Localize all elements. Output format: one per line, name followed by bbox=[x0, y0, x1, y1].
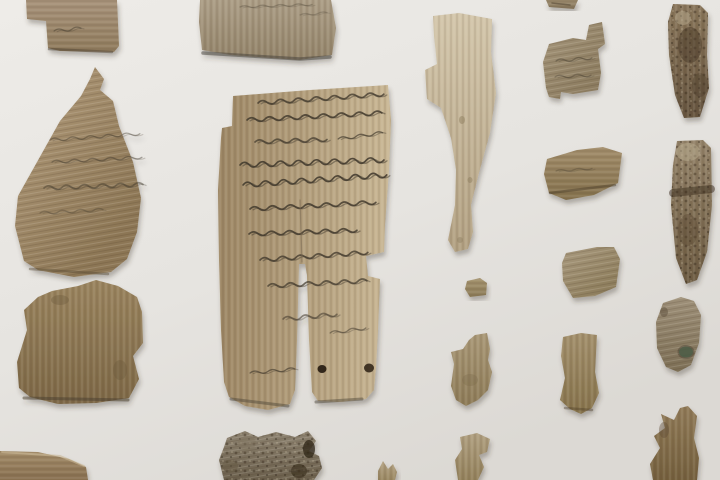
leg-fragment-patch bbox=[468, 177, 473, 183]
right-bark-mid-edge-shadow bbox=[673, 189, 711, 193]
top-center-tablet-grain-texture bbox=[199, 0, 336, 60]
bottom-center-rough-patch bbox=[303, 440, 315, 458]
left-chunk-patch bbox=[113, 360, 127, 380]
left-chunk-patch bbox=[51, 295, 69, 305]
right-bark-top-patch bbox=[678, 27, 702, 63]
bottom-center-rough-patch bbox=[222, 460, 238, 472]
right-bark-top-patch bbox=[692, 73, 708, 97]
leg-fragment-patch bbox=[459, 116, 465, 124]
right-bark-mid-patch bbox=[676, 143, 700, 161]
right-strip-grain-texture bbox=[560, 333, 599, 414]
right-bark-mid-patch bbox=[678, 214, 698, 246]
central-tablet-patch bbox=[364, 364, 374, 373]
mid-mitten-patch bbox=[462, 374, 478, 386]
right-round-patch bbox=[679, 347, 693, 358]
right-bottom-piece-patch bbox=[659, 422, 669, 438]
bottom-center-rough-patch bbox=[291, 464, 307, 478]
mid-small-tab-fragment bbox=[465, 278, 487, 297]
tablets-photo bbox=[0, 0, 720, 480]
bottom-center-rough-patch bbox=[238, 436, 256, 450]
photo-stage bbox=[0, 0, 720, 480]
right-round-patch bbox=[660, 307, 668, 317]
right-bark-top-patch bbox=[675, 11, 691, 25]
top-center-tablet-fragment bbox=[199, 0, 336, 60]
leg-fragment-patch bbox=[457, 237, 463, 243]
central-tablet-patch bbox=[318, 365, 327, 373]
mid-small-tab-grain-texture bbox=[465, 278, 487, 297]
bottom-center-rough-fragment bbox=[219, 431, 322, 480]
right-strip-fragment bbox=[560, 333, 599, 414]
left-chunk-edge-shadow bbox=[24, 398, 128, 400]
